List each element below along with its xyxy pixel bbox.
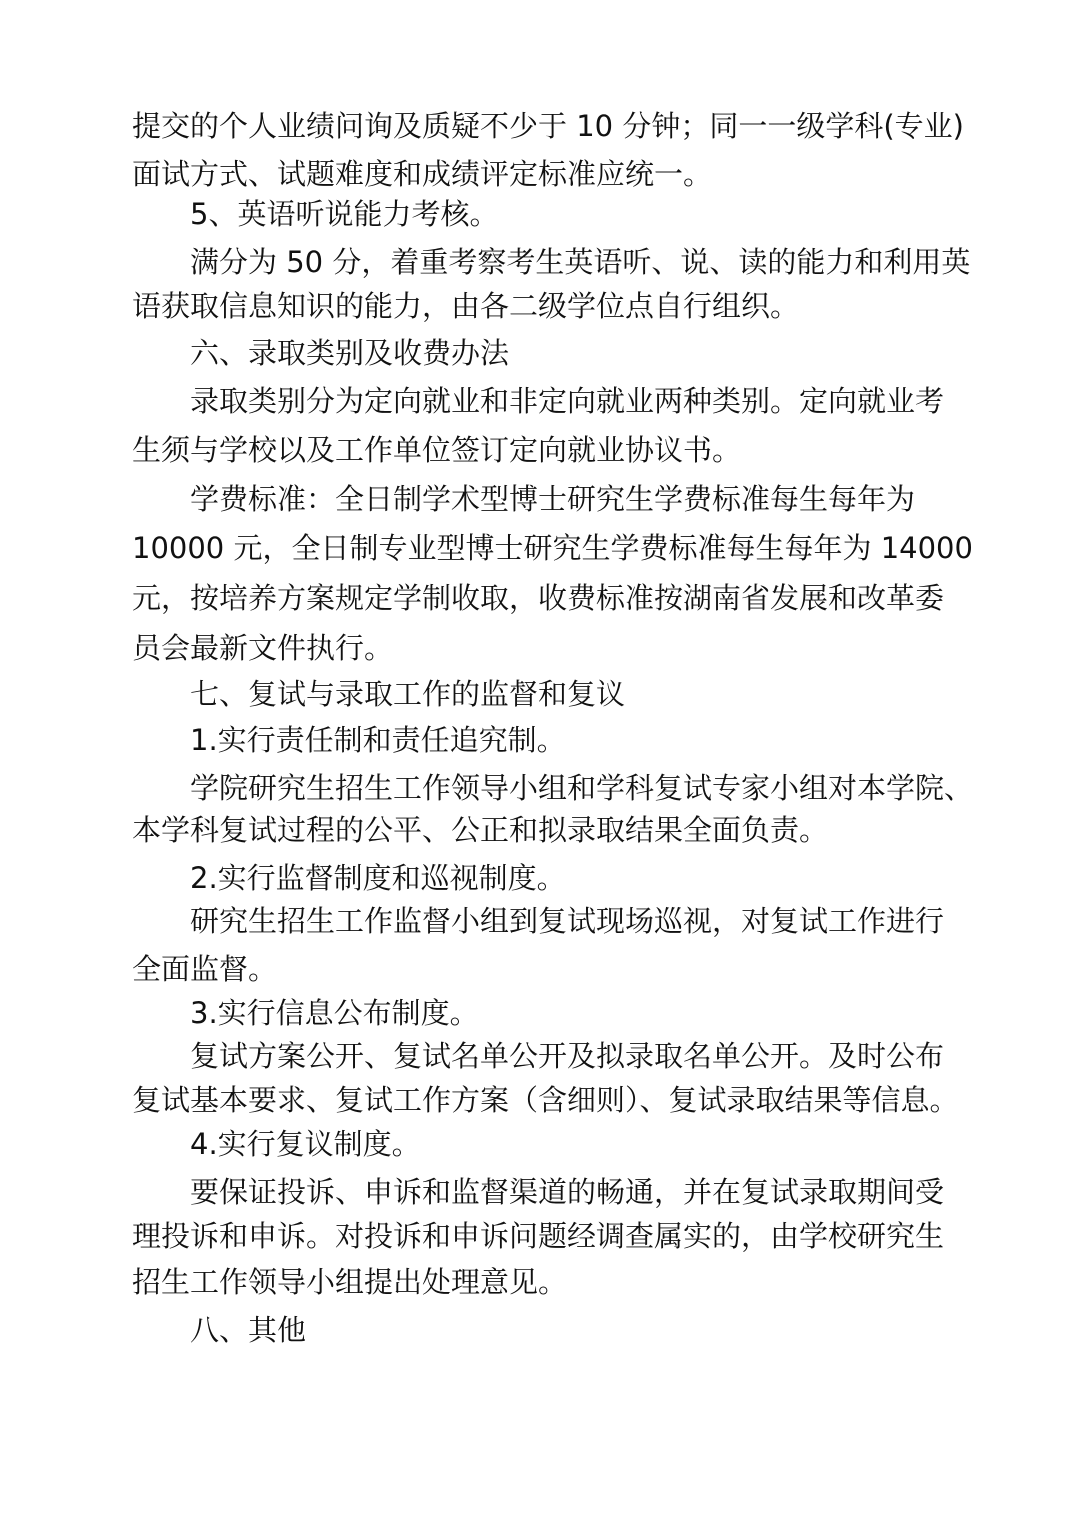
document-page: 提交的个人业绩问询及质疑不少于 10 分钟；同一一级学科(专业) 面试方式、试题… bbox=[0, 0, 1074, 1520]
subsection-heading: 4.实行复议制度。 bbox=[190, 1126, 421, 1162]
section-heading: 七、复试与录取工作的监督和复议 bbox=[190, 676, 625, 712]
paragraph-line: 学费标准：全日制学术型博士研究生学费标准每生每年为 bbox=[190, 481, 915, 517]
paragraph-line: 学院研究生招生工作领导小组和学科复试专家小组对本学院、 bbox=[190, 770, 973, 806]
paragraph-line: 理投诉和申诉。对投诉和申诉问题经调查属实的，由学校研究生 bbox=[132, 1218, 944, 1254]
subsection-heading: 1.实行责任制和责任追究制。 bbox=[190, 722, 566, 758]
paragraph-line: 要保证投诉、申诉和监督渠道的畅通，并在复试录取期间受 bbox=[190, 1174, 944, 1210]
paragraph-line: 面试方式、试题难度和成绩评定标准应统一。 bbox=[132, 156, 712, 192]
subsection-heading: 2.实行监督制度和巡视制度。 bbox=[190, 860, 566, 896]
paragraph-line: 全面监督。 bbox=[132, 951, 277, 987]
paragraph-line: 研究生招生工作监督小组到复试现场巡视，对复试工作进行 bbox=[190, 903, 944, 939]
paragraph-line: 语获取信息知识的能力，由各二级学位点自行组织。 bbox=[132, 288, 799, 324]
paragraph-line: 员会最新文件执行。 bbox=[132, 630, 393, 666]
paragraph-line: 招生工作领导小组提出处理意见。 bbox=[132, 1264, 567, 1300]
subsection-heading: 3.实行信息公布制度。 bbox=[190, 995, 479, 1031]
section-heading: 六、录取类别及收费办法 bbox=[190, 335, 509, 371]
paragraph-line: 生须与学校以及工作单位签订定向就业协议书。 bbox=[132, 432, 741, 468]
paragraph-line: 10000 元，全日制专业型博士研究生学费标准每生每年为 14000 bbox=[132, 530, 973, 566]
paragraph-line: 复试方案公开、复试名单公开及拟录取名单公开。及时公布 bbox=[190, 1038, 944, 1074]
paragraph-line: 提交的个人业绩问询及质疑不少于 10 分钟；同一一级学科(专业) bbox=[132, 108, 964, 144]
paragraph-line: 满分为 50 分，着重考察考生英语听、说、读的能力和利用英 bbox=[190, 244, 970, 280]
paragraph-line: 本学科复试过程的公平、公正和拟录取结果全面负责。 bbox=[132, 812, 828, 848]
paragraph-line: 复试基本要求、复试工作方案（含细则）、复试录取结果等信息。 bbox=[132, 1082, 959, 1118]
section-heading: 八、其他 bbox=[190, 1312, 306, 1348]
paragraph-line: 录取类别分为定向就业和非定向就业两种类别。定向就业考 bbox=[190, 383, 944, 419]
section-heading: 5、英语听说能力考核。 bbox=[190, 196, 498, 232]
paragraph-line: 元，按培养方案规定学制收取，收费标准按湖南省发展和改革委 bbox=[132, 580, 944, 616]
